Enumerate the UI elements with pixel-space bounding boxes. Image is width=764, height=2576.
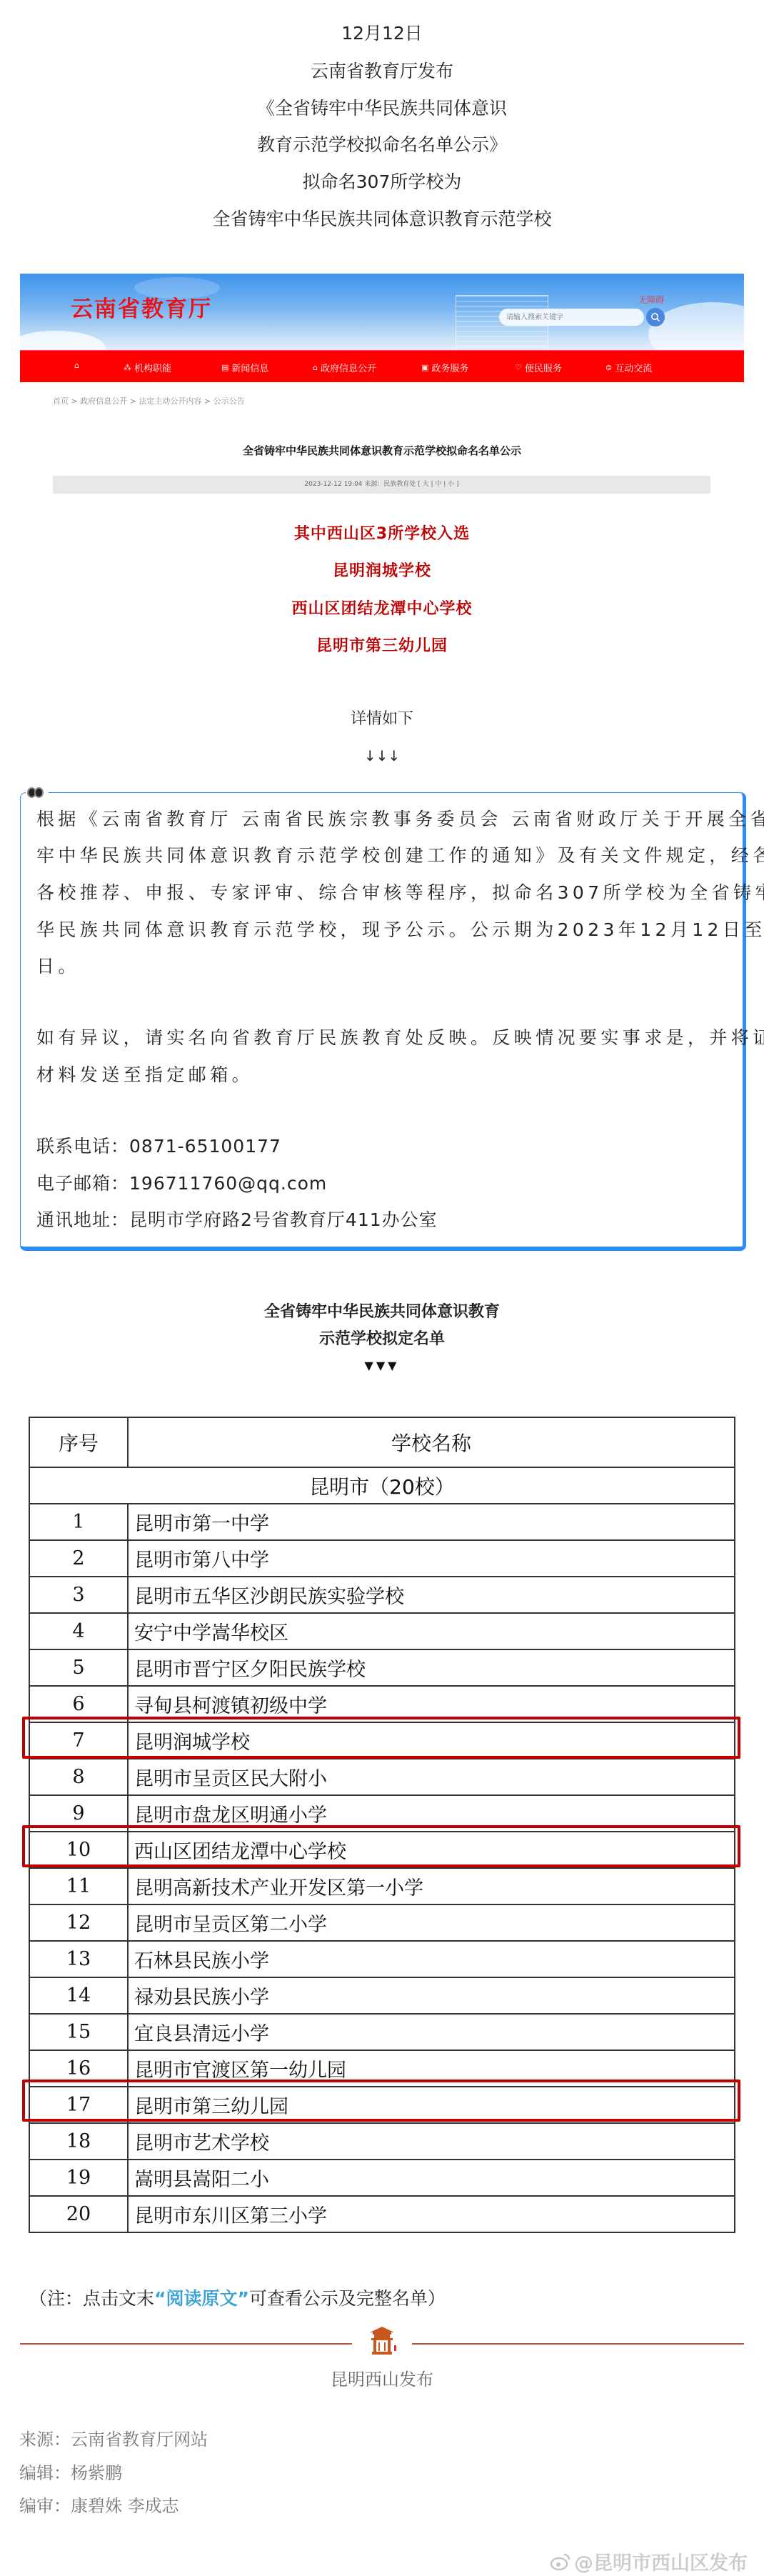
nav-gov-service[interactable]: ▣政务服务 xyxy=(421,361,468,374)
contact-address: 通讯地址：昆明市学府路2号省教育厅411办公室 xyxy=(36,1209,438,1231)
nav-org-functions[interactable]: ⁂机构职能 xyxy=(124,361,171,374)
headline-date: 12月12日 xyxy=(0,23,764,44)
list-title-line1: 全省铸牢中华民族共同体意识教育 xyxy=(0,1302,764,1322)
contact-label: 联系电话： xyxy=(36,1136,129,1157)
credit-label: 来源： xyxy=(19,2430,71,2450)
highlight-school-1: 昆明润城学校 xyxy=(0,561,764,581)
table-row: 20昆明市东川区第三小学 xyxy=(29,2196,735,2232)
notice-p1-line4: 华民族共同体意识教育示范学校，现予公示。公示期为2023年12月12日至18 xyxy=(36,919,764,941)
notice-p2-line2: 材料发送至指定邮箱。 xyxy=(36,1064,253,1086)
row-number: 20 xyxy=(29,2196,128,2232)
school-name: 昆明市东川区第三小学 xyxy=(128,2196,735,2232)
down-arrows-icon: ↓↓↓ xyxy=(0,746,764,766)
table-header-row: 序号 学校名称 xyxy=(29,1417,735,1467)
article-meta: 2023-12-12 19:04 来源：民族教育处 [ 大 | 中 | 小 ] xyxy=(53,476,710,494)
credit-value: 云南省教育厅网站 xyxy=(71,2430,208,2450)
contact-value: 0871-65100177 xyxy=(129,1136,281,1157)
nav-label: 机构职能 xyxy=(134,361,171,374)
headline-doc-title-2: 教育示范学校拟命名名单公示》 xyxy=(0,134,764,156)
school-name: 昆明市第三幼儿园 xyxy=(128,2087,735,2123)
table-row: 9昆明市盘龙区明通小学 xyxy=(29,1795,735,1832)
credit-label: 编审： xyxy=(19,2496,71,2516)
nav-label: 新闻信息 xyxy=(231,361,268,374)
table-row: 13石林县民族小学 xyxy=(29,1941,735,1977)
row-number: 6 xyxy=(29,1686,128,1722)
highlight-school-2: 西山区团结龙潭中心学校 xyxy=(0,599,764,619)
brand-name: 昆明西山发布 xyxy=(0,2365,764,2390)
row-number: 17 xyxy=(29,2087,128,2123)
school-name: 昆明市第八中学 xyxy=(128,1540,735,1577)
table-row: 5昆明市晋宁区夕阳民族学校 xyxy=(29,1649,735,1686)
breadcrumb: 首页 > 政府信息公开 > 法定主动公开内容 > 公示公告 xyxy=(53,395,245,406)
website-banner: 云南省教育厅 无障碍 xyxy=(20,274,744,350)
breadcrumb-home[interactable]: 首页 xyxy=(53,396,69,406)
watermark-text: @昆明市西山区发布 xyxy=(574,2547,748,2575)
meta-datetime: 2023-12-12 19:04 xyxy=(304,481,362,488)
notice-p1-line3: 各校推荐、申报、专家评审、综合审核等程序，拟命名307所学校为全省铸牢中 xyxy=(36,882,764,904)
contact-value: 昆明市学府路2号省教育厅411办公室 xyxy=(129,1209,438,1230)
row-number: 8 xyxy=(29,1759,128,1795)
school-name: 昆明市艺术学校 xyxy=(128,2123,735,2160)
meta-source-label: 来源： xyxy=(364,481,383,488)
school-name: 昆明市五华区沙朗民族实验学校 xyxy=(128,1577,735,1613)
nav-label: 互动交流 xyxy=(615,361,652,374)
row-number: 14 xyxy=(29,1977,128,2014)
school-name: 昆明高新技术产业开发区第一小学 xyxy=(128,1868,735,1904)
table-row: 18昆明市艺术学校 xyxy=(29,2123,735,2160)
website-nav-bar: ⌂ ⁂机构职能 ▤新闻信息 ⌂政府信息公开 ▣政务服务 ♡便民服务 ⊜互动交流 xyxy=(20,350,744,382)
table-group-row: 昆明市（20校） xyxy=(29,1467,735,1504)
row-number: 5 xyxy=(29,1649,128,1686)
credit-label: 编辑： xyxy=(19,2463,71,2483)
row-number: 2 xyxy=(29,1540,128,1577)
table-row: 6寻甸县柯渡镇初级中学 xyxy=(29,1686,735,1722)
credit-value: 杨紫鹏 xyxy=(71,2463,122,2483)
notice-p1-line1: 根据《云南省教育厅 云南省民族宗教事务委员会 云南省财政厅关于开展全省铸 xyxy=(36,809,764,830)
nav-label: 政务服务 xyxy=(431,361,468,374)
school-name: 禄劝县民族小学 xyxy=(128,1977,735,2014)
breadcrumb-sep: > xyxy=(204,396,211,406)
school-name: 嵩明县嵩阳二小 xyxy=(128,2160,735,2196)
footnote: （注：点击文末“阅读原文”可查看公示及完整名单） xyxy=(29,2285,446,2310)
home-icon: ⌂ xyxy=(74,361,79,370)
headline-designation: 全省铸牢中华民族共同体意识教育示范学校 xyxy=(0,209,764,230)
nav-interaction[interactable]: ⊜互动交流 xyxy=(605,361,652,374)
breadcrumb-gov-info[interactable]: 政府信息公开 xyxy=(80,396,127,406)
nav-label: 政府信息公开 xyxy=(321,361,376,374)
accessibility-link[interactable]: 无障碍 xyxy=(638,294,664,306)
service-icon: ▣ xyxy=(421,363,428,372)
contact-phone: 联系电话：0871-65100177 xyxy=(36,1136,281,1157)
table-row: 19嵩明县嵩阳二小 xyxy=(29,2160,735,2196)
breadcrumb-sep: > xyxy=(71,396,78,406)
school-name: 安宁中学嵩华校区 xyxy=(128,1613,735,1649)
headline-publisher: 云南省教育厅发布 xyxy=(0,61,764,82)
column-header-no: 序号 xyxy=(29,1417,128,1467)
breadcrumb-notices[interactable]: 公示公告 xyxy=(213,396,245,406)
row-number: 12 xyxy=(29,1904,128,1941)
divider-right xyxy=(412,2343,744,2345)
contact-value[interactable]: 196711760@qq.com xyxy=(129,1173,327,1194)
credit-editor: 编辑：杨紫鹏 xyxy=(19,2459,122,2484)
nav-news[interactable]: ▤新闻信息 xyxy=(221,361,268,374)
details-label: 详情如下 xyxy=(0,709,764,729)
school-name: 西山区团结龙潭中心学校 xyxy=(128,1832,735,1868)
site-logo[interactable]: 云南省教育厅 xyxy=(71,291,212,323)
school-name: 石林县民族小学 xyxy=(128,1941,735,1977)
breadcrumb-sep: > xyxy=(130,396,136,406)
table-row: 3昆明市五华区沙朗民族实验学校 xyxy=(29,1577,735,1613)
group-kunming: 昆明市（20校） xyxy=(29,1467,735,1504)
site-search-input[interactable] xyxy=(499,309,644,326)
table-row: 11昆明高新技术产业开发区第一小学 xyxy=(29,1868,735,1904)
site-search-button[interactable] xyxy=(646,308,665,326)
news-icon: ▤ xyxy=(221,363,228,372)
school-name: 昆明市呈贡区第二小学 xyxy=(128,1904,735,1941)
table-row: 15宜良县清远小学 xyxy=(29,2014,735,2050)
school-name: 昆明市官渡区第一幼儿园 xyxy=(128,2050,735,2087)
row-number: 4 xyxy=(29,1613,128,1649)
triangle-down-icon: ▼▼▼ xyxy=(0,1359,764,1372)
nav-public-service[interactable]: ♡便民服务 xyxy=(515,361,562,374)
breadcrumb-statutory[interactable]: 法定主动公开内容 xyxy=(139,396,201,406)
footnote-prefix: （注：点击文末 xyxy=(29,2288,154,2309)
nav-gov-info[interactable]: ⌂政府信息公开 xyxy=(313,361,376,374)
table-row: 4安宁中学嵩华校区 xyxy=(29,1613,735,1649)
row-number: 18 xyxy=(29,2123,128,2160)
list-title-line2: 示范学校拟定名单 xyxy=(0,1329,764,1349)
table-row: 2昆明市第八中学 xyxy=(29,1540,735,1577)
highlight-intro: 其中西山区3所学校入选 xyxy=(0,524,764,544)
school-name: 昆明市第一中学 xyxy=(128,1504,735,1540)
table-row: 8昆明市呈贡区民大附小 xyxy=(29,1759,735,1795)
row-number: 7 xyxy=(29,1722,128,1759)
weibo-icon xyxy=(550,2552,571,2571)
weibo-watermark: @昆明市西山区发布 xyxy=(550,2547,748,2575)
search-icon xyxy=(650,312,660,322)
chat-icon: ⊜ xyxy=(605,363,612,372)
row-number: 13 xyxy=(29,1941,128,1977)
row-number: 1 xyxy=(29,1504,128,1540)
school-name: 宜良县清远小学 xyxy=(128,2014,735,2050)
notice-p2-line1: 如有异议，请实名向省教育厅民族教育处反映。反映情况要实事求是，并将证明 xyxy=(36,1027,764,1049)
school-name: 寻甸县柯渡镇初级中学 xyxy=(128,1686,735,1722)
school-name: 昆明市晋宁区夕阳民族学校 xyxy=(128,1649,735,1686)
meta-source: 民族教育处 xyxy=(383,481,416,488)
divider-left xyxy=(20,2343,352,2345)
read-original-link[interactable]: “阅读原文” xyxy=(154,2288,249,2309)
table-row: 12昆明市呈贡区第二小学 xyxy=(29,1904,735,1941)
row-number: 10 xyxy=(29,1832,128,1868)
highlight-school-3: 昆明市第三幼儿园 xyxy=(0,636,764,657)
notice-p1-line2: 牢中华民族共同体意识教育示范学校创建工作的通知》及有关文件规定，经各地 xyxy=(36,845,764,867)
school-name: 昆明市盘龙区明通小学 xyxy=(128,1795,735,1832)
heart-hand-icon: ♡ xyxy=(515,363,522,372)
org-chart-icon: ⁂ xyxy=(124,363,131,372)
column-header-name: 学校名称 xyxy=(128,1417,735,1467)
pavilion-logo-icon xyxy=(366,2325,398,2355)
row-number: 11 xyxy=(29,1868,128,1904)
row-number: 3 xyxy=(29,1577,128,1613)
contact-label: 通讯地址： xyxy=(36,1209,129,1230)
notice-p1-line5: 日。 xyxy=(36,956,80,977)
school-name: 昆明市呈贡区民大附小 xyxy=(128,1759,735,1795)
font-size-control[interactable]: [ 大 | 中 | 小 ] xyxy=(418,481,458,488)
nav-label: 便民服务 xyxy=(525,361,562,374)
footnote-suffix: 可查看公示及完整名单） xyxy=(249,2288,446,2309)
table-row: 1昆明市第一中学 xyxy=(29,1504,735,1540)
headline-count: 拟命名307所学校为 xyxy=(0,171,764,193)
quote-icon xyxy=(26,784,49,800)
nav-home[interactable]: ⌂ xyxy=(74,361,79,370)
row-number: 19 xyxy=(29,2160,128,2196)
contact-label: 电子邮箱： xyxy=(36,1173,129,1194)
table-row: 10西山区团结龙潭中心学校 xyxy=(29,1832,735,1868)
article-title: 全省铸牢中华民族共同体意识教育示范学校拟命名名单公示 xyxy=(0,443,764,458)
article-meta-bar: 2023-12-12 19:04 来源：民族教育处 [ 大 | 中 | 小 ] xyxy=(53,476,710,494)
credit-reviewer: 编审：康碧姝 李成志 xyxy=(19,2492,179,2517)
row-number: 15 xyxy=(29,2014,128,2050)
credit-value: 康碧姝 李成志 xyxy=(71,2496,179,2516)
school-list-table: 序号 学校名称 昆明市（20校） 1昆明市第一中学2昆明市第八中学3昆明市五华区… xyxy=(29,1417,735,2233)
row-number: 9 xyxy=(29,1795,128,1832)
row-number: 16 xyxy=(29,2050,128,2087)
headline-doc-title-1: 《全省铸牢中华民族共同体意识 xyxy=(0,98,764,119)
school-name: 昆明润城学校 xyxy=(128,1722,735,1759)
table-row: 7昆明润城学校 xyxy=(29,1722,735,1759)
contact-email: 电子邮箱：196711760@qq.com xyxy=(36,1173,327,1194)
table-row: 14禄劝县民族小学 xyxy=(29,1977,735,2014)
credit-source: 来源：云南省教育厅网站 xyxy=(19,2425,208,2450)
building-icon: ⌂ xyxy=(313,363,318,372)
table-row: 17昆明市第三幼儿园 xyxy=(29,2087,735,2123)
table-row: 16昆明市官渡区第一幼儿园 xyxy=(29,2050,735,2087)
